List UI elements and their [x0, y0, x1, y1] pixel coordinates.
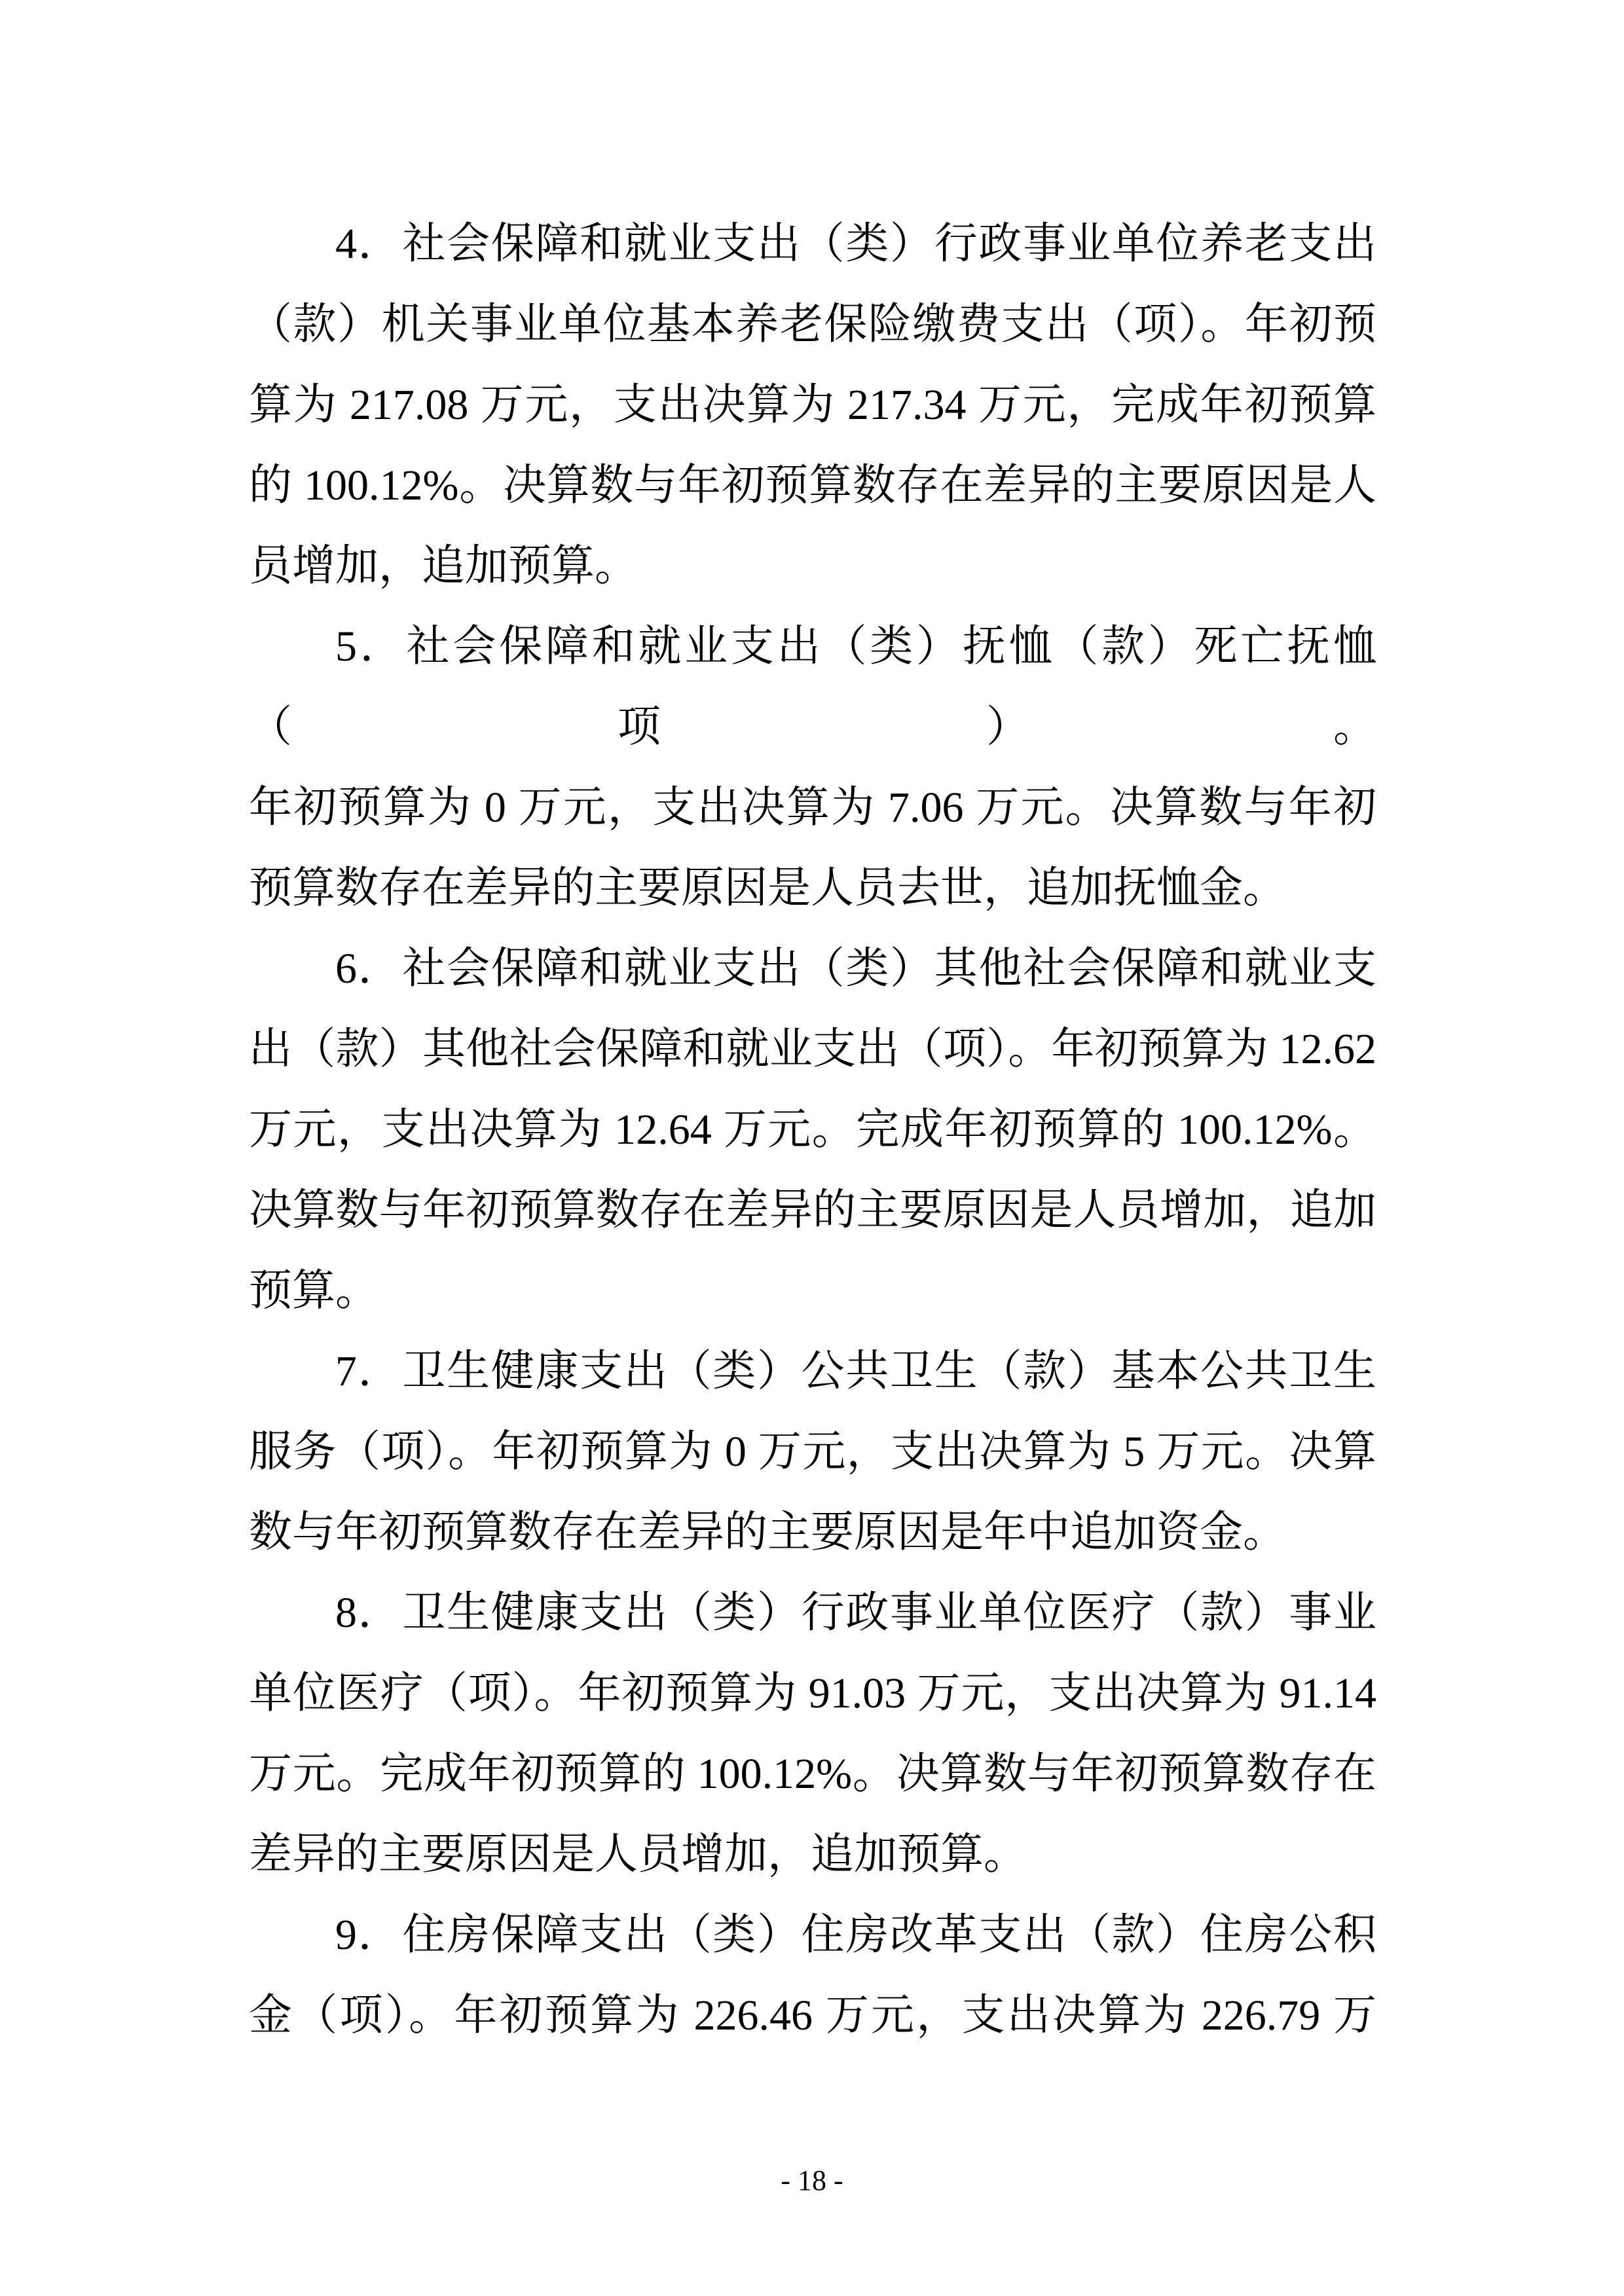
- text-line: 万元。完成年初预算的 100.12%。决算数与年初预算数存在: [249, 1734, 1376, 1814]
- document-body: 4．社会保障和就业支出（类）行政事业单位养老支出（款）机关事业单位基本养老保险缴…: [249, 204, 1376, 2056]
- page-number: - 18 -: [781, 2164, 843, 2196]
- text-line: 单位医疗（项）。年初预算为 91.03 万元，支出决算为 91.14: [249, 1653, 1376, 1734]
- text-line: （款）机关事业单位基本养老保险缴费支出（项）。年初预: [249, 284, 1376, 365]
- text-line: 7．卫生健康支出（类）公共卫生（款）基本公共卫生: [249, 1331, 1376, 1412]
- text-line: 5．社会保障和就业支出（类）抚恤（款）死亡抚恤（项）。: [249, 606, 1376, 767]
- text-line: 预算。: [249, 1250, 1376, 1331]
- text-line: 6．社会保障和就业支出（类）其他社会保障和就业支: [249, 928, 1376, 1009]
- page-footer: - 18 -: [0, 2164, 1624, 2198]
- paragraph-item-5: 5．社会保障和就业支出（类）抚恤（款）死亡抚恤（项）。年初预算为 0 万元，支出…: [249, 606, 1376, 928]
- paragraph-item-7: 7．卫生健康支出（类）公共卫生（款）基本公共卫生服务（项）。年初预算为 0 万元…: [249, 1331, 1376, 1573]
- text-line: 万元，支出决算为 12.64 万元。完成年初预算的 100.12%。: [249, 1089, 1376, 1170]
- text-line: 数与年初预算数存在差异的主要原因是年中追加资金。: [249, 1492, 1376, 1573]
- text-line: 员增加，追加预算。: [249, 526, 1376, 606]
- paragraph-item-8: 8．卫生健康支出（类）行政事业单位医疗（款）事业单位医疗（项）。年初预算为 91…: [249, 1573, 1376, 1895]
- paragraph-item-6: 6．社会保障和就业支出（类）其他社会保障和就业支出（款）其他社会保障和就业支出（…: [249, 928, 1376, 1331]
- text-line: 4．社会保障和就业支出（类）行政事业单位养老支出: [249, 204, 1376, 284]
- text-line: 出（款）其他社会保障和就业支出（项）。年初预算为 12.62: [249, 1009, 1376, 1089]
- text-line: 服务（项）。年初预算为 0 万元，支出决算为 5 万元。决算: [249, 1412, 1376, 1492]
- text-line: 决算数与年初预算数存在差异的主要原因是人员增加，追加: [249, 1170, 1376, 1250]
- document-page: 4．社会保障和就业支出（类）行政事业单位养老支出（款）机关事业单位基本养老保险缴…: [0, 0, 1624, 2296]
- text-line: 预算数存在差异的主要原因是人员去世，追加抚恤金。: [249, 848, 1376, 928]
- text-line: 的 100.12%。决算数与年初预算数存在差异的主要原因是人: [249, 445, 1376, 526]
- text-line: 年初预算为 0 万元，支出决算为 7.06 万元。决算数与年初: [249, 767, 1376, 848]
- text-line: 算为 217.08 万元，支出决算为 217.34 万元，完成年初预算: [249, 365, 1376, 445]
- text-line: 8．卫生健康支出（类）行政事业单位医疗（款）事业: [249, 1573, 1376, 1653]
- paragraph-item-4: 4．社会保障和就业支出（类）行政事业单位养老支出（款）机关事业单位基本养老保险缴…: [249, 204, 1376, 606]
- paragraph-item-9: 9．住房保障支出（类）住房改革支出（款）住房公积金（项）。年初预算为 226.4…: [249, 1895, 1376, 2056]
- text-line: 差异的主要原因是人员增加，追加预算。: [249, 1814, 1376, 1895]
- text-line: 金（项）。年初预算为 226.46 万元，支出决算为 226.79 万: [249, 1975, 1376, 2056]
- document-page-background: { "colors": { "background": "#ffffff", "…: [0, 0, 1624, 2296]
- text-line: 9．住房保障支出（类）住房改革支出（款）住房公积: [249, 1895, 1376, 1975]
